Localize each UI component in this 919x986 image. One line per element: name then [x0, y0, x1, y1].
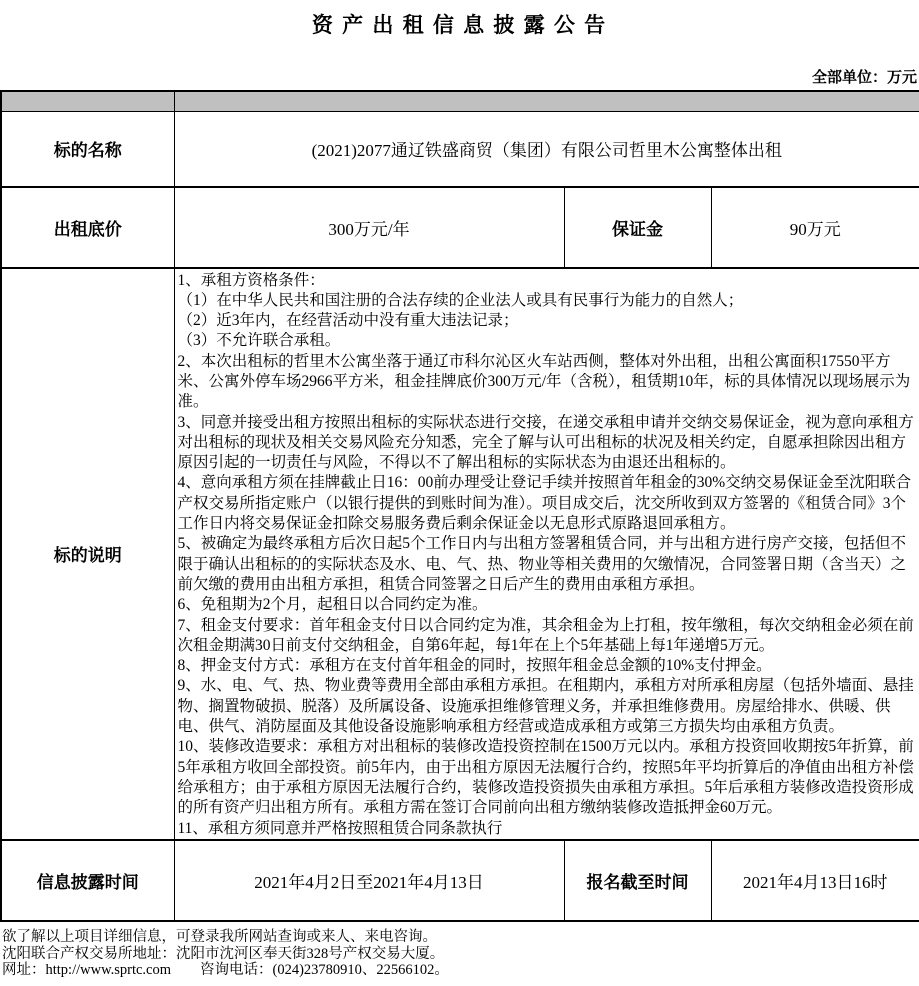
footer-address: 沈阳联合产权交易所地址：沈阳市沈河区奉天街328号产权交易大厦。 [2, 946, 919, 963]
registration-deadline-value: 2021年4月13日16时 [711, 840, 919, 921]
deposit-label: 保证金 [564, 187, 711, 268]
description-paragraph: 1、承租方资格条件： [178, 271, 917, 291]
description-label: 标的说明 [1, 268, 174, 840]
description-paragraph: （1）在中华人民共和国注册的合法存续的企业法人或具有民事行为能力的自然人； [178, 291, 917, 311]
description-paragraph: 8、押金支付方式：承租方在支付首年租金的同时，按照年租金总金额的10%支付押金。 [178, 656, 917, 676]
header-cell-right [174, 91, 919, 112]
description-paragraph: 4、意向承租方须在挂牌截止日16：00前办理受让登记手续并按照首年租金的30%交… [178, 473, 917, 534]
dates-row: 信息披露时间 2021年4月2日至2021年4月13日 报名截至时间 2021年… [1, 840, 919, 921]
description-paragraph: 11、承租方须同意并严格按照租赁合同条款执行 [178, 819, 917, 839]
page-title: 资 产 出 租 信 息 披 露 公 告 [0, 9, 919, 39]
footer: 欲了解以上项目详细信息，可登录我所网站查询或来人、来电咨询。 沈阳联合产权交易所… [2, 929, 919, 979]
description-text: 1、承租方资格条件： （1）在中华人民共和国注册的合法存续的企业法人或具有民事行… [174, 268, 919, 840]
deposit-value: 90万元 [711, 187, 919, 268]
floor-price-label: 出租底价 [1, 187, 174, 268]
description-paragraph: 10、装修改造要求：承租方对出租标的装修改造投资控制在1500万元以内。承租方投… [178, 737, 917, 818]
subject-name-row: 标的名称 (2021)2077通辽铁盛商贸（集团）有限公司哲里木公寓整体出租 [1, 112, 919, 187]
announcement-page: 资 产 出 租 信 息 披 露 公 告 全部单位：万元 标的名称 (2021)2… [0, 0, 919, 986]
description-paragraph: 6、免租期为2个月，起租日以合同约定为准。 [178, 595, 917, 615]
description-paragraph: 5、被确定为最终承租方后次日起5个工作日内与出租方签署租赁合同，并与出租方进行房… [178, 534, 917, 595]
description-paragraph: 3、同意并接受出租方按照出租标的实际状态进行交接，在递交承租申请并交纳交易保证金… [178, 413, 917, 474]
price-row: 出租底价 300万元/年 保证金 90万元 [1, 187, 919, 268]
notice-table: 标的名称 (2021)2077通辽铁盛商贸（集团）有限公司哲里木公寓整体出租 出… [0, 90, 919, 922]
floor-price-value: 300万元/年 [174, 187, 564, 268]
table-header-row [1, 91, 919, 112]
description-paragraph: 9、水、电、气、热、物业费等费用全部由承租方承担。在租期内，承租方对所承租房屋（… [178, 676, 917, 737]
description-paragraph: 7、租金支付要求：首年租金支付日以合同约定为准，其余租金为上打租，按年缴租，每次… [178, 616, 917, 657]
registration-deadline-label: 报名截至时间 [564, 840, 711, 921]
description-paragraph: （3）不允许联合承租。 [178, 331, 917, 351]
header-cell-left [1, 91, 174, 112]
subject-name-label: 标的名称 [1, 112, 174, 187]
footer-contact-note: 欲了解以上项目详细信息，可登录我所网站查询或来人、来电咨询。 [2, 929, 919, 946]
description-paragraph: （2）近3年内，在经营活动中没有重大违法记录； [178, 311, 917, 331]
description-paragraph: 2、本次出租标的哲里木公寓坐落于通辽市科尔沁区火车站西侧，整体对外出租，出租公寓… [178, 352, 917, 413]
unit-note: 全部单位：万元 [0, 66, 917, 87]
footer-website-phone: 网址：http://www.sprtc.com 咨询电话：(024)237809… [2, 962, 919, 979]
disclosure-period-label: 信息披露时间 [1, 840, 174, 921]
disclosure-period-value: 2021年4月2日至2021年4月13日 [174, 840, 564, 921]
description-row: 标的说明 1、承租方资格条件： （1）在中华人民共和国注册的合法存续的企业法人或… [1, 268, 919, 840]
subject-name-value: (2021)2077通辽铁盛商贸（集团）有限公司哲里木公寓整体出租 [174, 112, 919, 187]
